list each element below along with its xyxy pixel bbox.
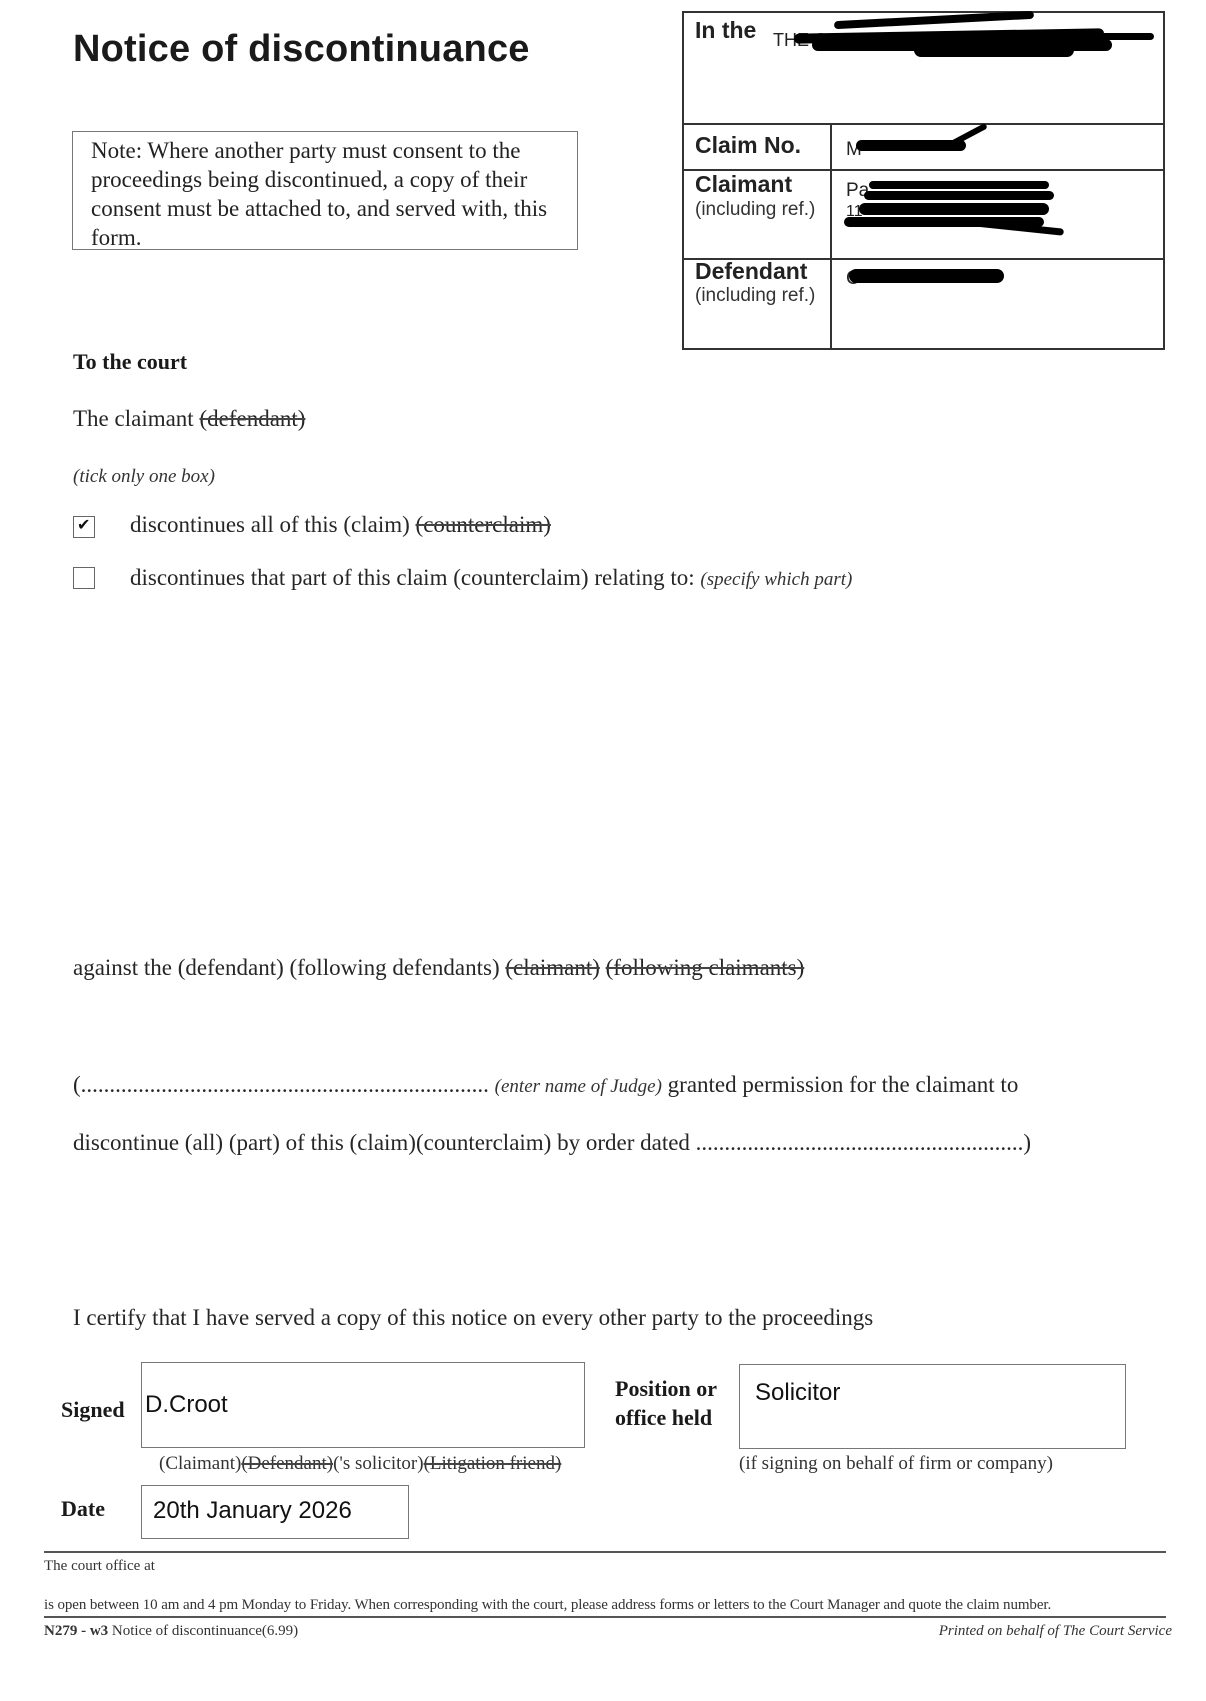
against-statement: against the (defendant) (following defen… — [73, 955, 804, 981]
form-reference: N279 - w3 Notice of discontinuance(6.99) — [44, 1623, 298, 1640]
claimant-ref-label: (including ref.) — [695, 199, 815, 221]
permission-text: granted permission for the claimant to — [668, 1072, 1019, 1097]
case-header-table: In the THE COUNTY Claim No. M Claimant (… — [682, 11, 1165, 350]
discontinue-all-option: discontinues all of this (claim) (counte… — [130, 512, 551, 538]
against-claimant-struck: (claimant) — [505, 955, 600, 980]
office-hours-text: is open between 10 am and 4 pm Monday to… — [44, 1597, 1051, 1614]
date-label: Date — [61, 1496, 105, 1522]
position-value: Solicitor — [755, 1379, 840, 1407]
defendant-label: Defendant — [695, 258, 807, 285]
redaction-mark — [859, 203, 1049, 215]
against-defendants-text: against the (defendant) (following defen… — [73, 955, 500, 980]
permission-line-1: (.......................................… — [73, 1072, 1018, 1098]
redaction-mark — [849, 269, 1004, 283]
form-title: Notice of discontinuance — [73, 28, 530, 71]
position-field[interactable]: Solicitor — [739, 1364, 1126, 1449]
date-value: 20th January 2026 — [153, 1497, 352, 1525]
capacity-litigation-friend-struck: (Litigation friend) — [424, 1453, 562, 1474]
discontinue-part-text: discontinues that part of this claim (co… — [130, 565, 695, 590]
redaction-mark — [1064, 33, 1154, 40]
capacity-claimant: (Claimant) — [159, 1453, 241, 1474]
discontinue-all-text: discontinues all of this (claim) — [130, 512, 410, 537]
consent-note-text: Note: Where another party must consent t… — [91, 136, 571, 252]
certify-statement: I certify that I have served a copy of t… — [73, 1305, 873, 1331]
signed-value: D.Croot — [145, 1391, 228, 1419]
claimant-label: Claimant — [695, 171, 792, 198]
discontinue-part-checkbox[interactable] — [73, 567, 95, 589]
redaction-mark — [945, 123, 988, 149]
form-code: N279 - w3 — [44, 1623, 108, 1639]
date-field[interactable]: 20th January 2026 — [141, 1485, 409, 1539]
party-statement: The claimant (defendant) — [73, 406, 305, 432]
capacity-defendant-struck: (Defendant) — [241, 1453, 333, 1474]
party-claimant: The claimant — [73, 406, 194, 431]
in-the-label: In the — [695, 17, 756, 44]
party-defendant-struck: (defendant) — [199, 406, 305, 431]
checkmark-icon: ✔ — [77, 515, 90, 534]
claim-no-label: Claim No. — [695, 132, 801, 159]
redaction-mark — [834, 11, 1034, 29]
position-label-line1: Position or — [615, 1374, 717, 1403]
judge-name-blank[interactable]: (.......................................… — [73, 1072, 489, 1097]
consent-note-box: Note: Where another party must consent t… — [72, 131, 578, 250]
position-hint: (if signing on behalf of firm or company… — [739, 1453, 1053, 1475]
redaction-mark — [864, 191, 1054, 200]
footer-bottom-rule — [44, 1616, 1166, 1618]
form-name: Notice of discontinuance(6.99) — [112, 1623, 298, 1639]
discontinue-part-option: discontinues that part of this claim (co… — [130, 565, 852, 591]
printed-by: Printed on behalf of The Court Service — [939, 1623, 1172, 1640]
to-the-court-heading: To the court — [73, 349, 187, 375]
redaction-mark — [869, 181, 1049, 189]
discontinue-all-checkbox[interactable]: ✔ — [73, 516, 95, 538]
capacity-solicitor: ('s solicitor) — [333, 1453, 424, 1474]
redaction-mark — [914, 43, 1074, 57]
signed-field[interactable]: D.Croot — [141, 1362, 585, 1448]
signed-label: Signed — [61, 1397, 125, 1423]
footer-top-rule — [44, 1551, 1166, 1553]
judge-name-hint: (enter name of Judge) — [495, 1076, 662, 1097]
against-claimants-struck: (following claimants) — [606, 955, 805, 980]
specify-part-area[interactable] — [130, 600, 1130, 930]
signatory-capacity: (Claimant)(Defendant)('s solicitor)(Liti… — [159, 1453, 561, 1475]
specify-part-hint: (specify which part) — [700, 569, 852, 590]
counterclaim-struck: (counterclaim) — [416, 512, 551, 537]
tick-instruction: (tick only one box) — [73, 466, 215, 488]
position-label-line2: office held — [615, 1403, 717, 1432]
position-label: Position or office held — [615, 1374, 717, 1432]
court-office-label: The court office at — [44, 1558, 155, 1575]
defendant-ref-label: (including ref.) — [695, 285, 815, 307]
permission-line-2: discontinue (all) (part) of this (claim)… — [73, 1130, 1031, 1156]
